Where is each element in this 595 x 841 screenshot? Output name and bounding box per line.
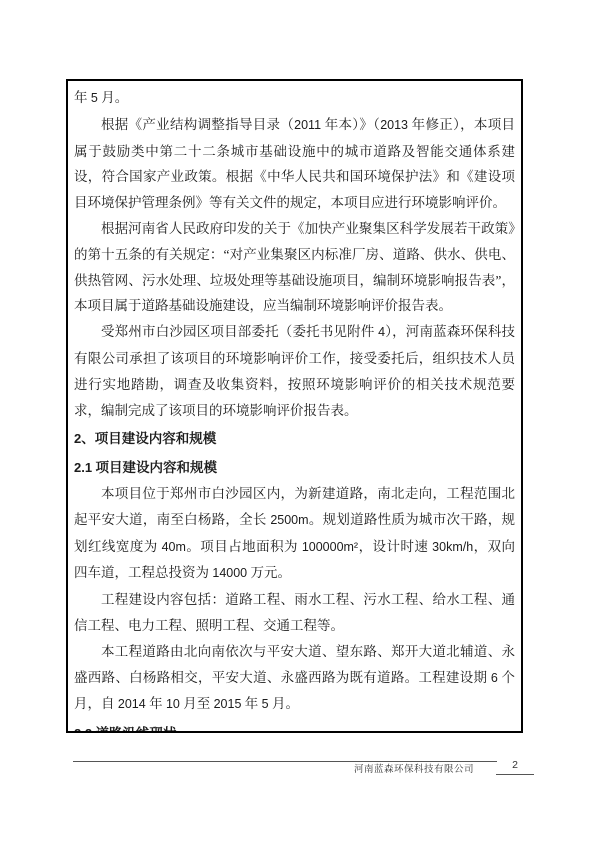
- document-page: 年 5 月。 根据《产业结构调整指导目录（2011 年本）》（2013 年修正）…: [0, 0, 595, 841]
- body-paragraph: 根据河南省人民政府印发的关于《加快产业聚集区科学发展若干政策》的第十五条的有关规…: [74, 216, 515, 319]
- section-heading-2-1: 2.1 项目建设内容和规模: [74, 455, 515, 481]
- footer-company-name: 河南蓝森环保科技有限公司: [73, 764, 474, 776]
- section-heading-2: 2、项目建设内容和规模: [74, 426, 515, 452]
- section-heading-2-2: 2.2 道路沿线现状: [74, 721, 515, 733]
- body-paragraph: 工程建设内容包括：道路工程、雨水工程、污水工程、给水工程、通信工程、电力工程、照…: [74, 587, 515, 639]
- body-paragraph-continuation: 年 5 月。: [74, 85, 515, 112]
- body-paragraph: 本工程道路由北向南依次与平安大道、望东路、郑开大道北辅道、永盛西路、白杨路相交，…: [74, 639, 515, 718]
- report-table-frame: 年 5 月。 根据《产业结构调整指导目录（2011 年本）》（2013 年修正）…: [66, 79, 523, 733]
- body-paragraph: 受郑州市白沙园区项目部委托（委托书见附件 4），河南蓝森环保科技有限公司承担了该…: [74, 319, 515, 423]
- footer-divider: [73, 761, 497, 762]
- page-number: 2: [496, 758, 534, 775]
- body-paragraph: 根据《产业结构调整指导目录（2011 年本）》（2013 年修正），本项目属于鼓…: [74, 112, 515, 216]
- body-paragraph: 本项目位于郑州市白沙园区内，为新建道路，南北走向，工程范围北起平安大道，南至白杨…: [74, 481, 515, 587]
